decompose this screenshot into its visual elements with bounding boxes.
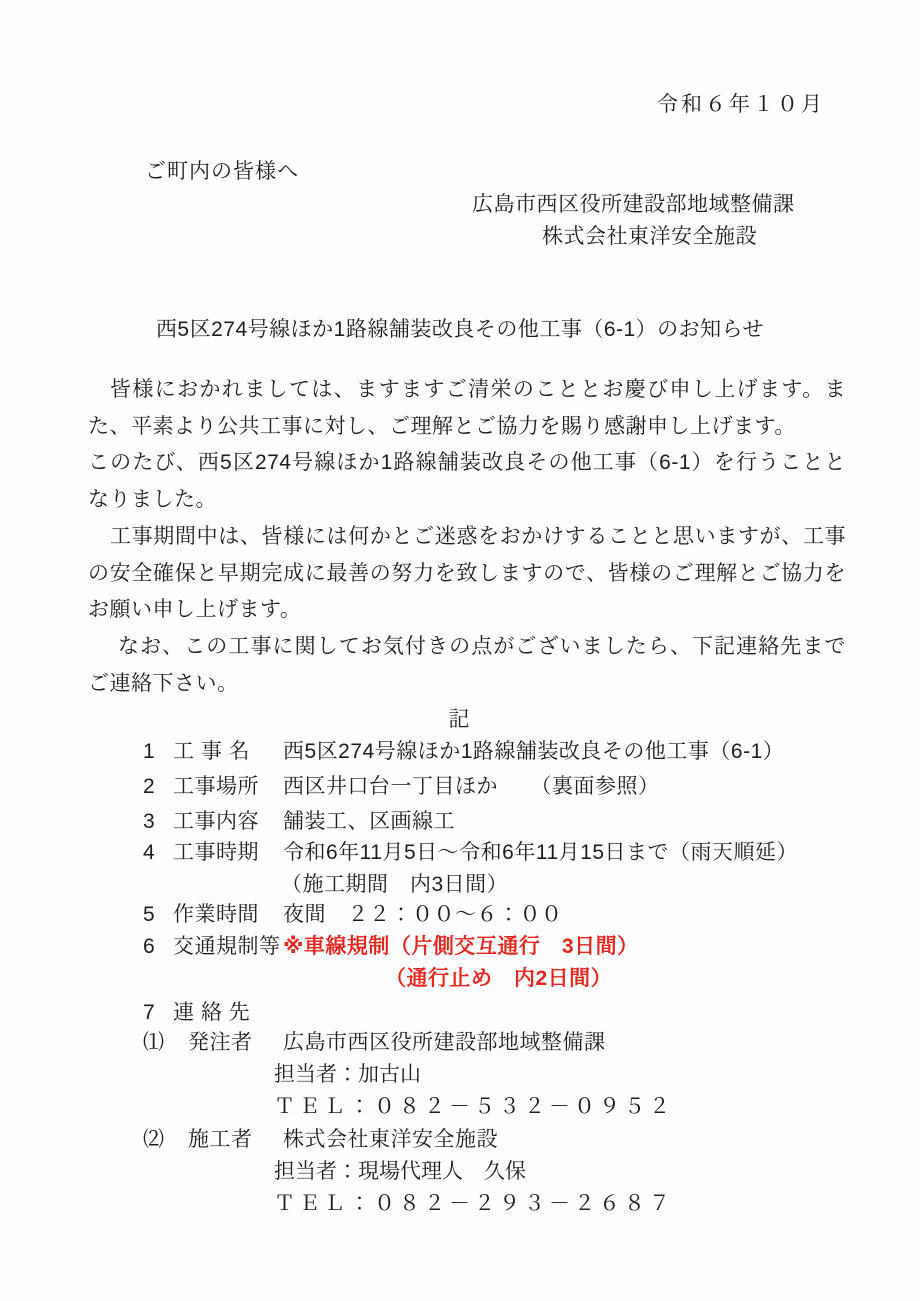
contact-contractor-row: ⑵施工者株式会社東洋安全施設 bbox=[143, 1123, 498, 1153]
sender-organization-1: 広島市西区役所建設部地域整備課 bbox=[472, 188, 795, 218]
contact-phone: ＴＥＬ：０８２－５３２－０９５２ bbox=[274, 1090, 674, 1120]
contact-number: ⑵ bbox=[143, 1123, 188, 1153]
item-value: 夜間 ２２：００～６：００ bbox=[283, 903, 563, 926]
item-number: 2 bbox=[143, 775, 173, 799]
document-title: 西5区274号線ほか1路線舗装改良その他工事（6-1）のお知らせ bbox=[0, 313, 920, 343]
paragraph-apology: 工事期間中は、皆様には何かとご迷惑をおかけすることと思いますが、工事の安全確保と… bbox=[88, 519, 846, 629]
item-label: 連 絡 先 bbox=[173, 996, 283, 1026]
item-number: 6 bbox=[143, 935, 173, 959]
traffic-restriction-warning: ※車線規制（片側交互通行 3日間） bbox=[283, 935, 639, 958]
contact-orderer-row: ⑴発注者広島市西区役所建設部地域整備課 bbox=[143, 1026, 606, 1056]
item-number: 3 bbox=[143, 810, 173, 834]
item-row-traffic-restriction: 6交通規制等※車線規制（片側交互通行 3日間） bbox=[143, 930, 639, 960]
document-date: 令和６年１０月 bbox=[657, 88, 825, 118]
item-row-work-hours: 5作業時間夜間 ２２：００～６：００ bbox=[143, 898, 563, 928]
contact-role: 発注者 bbox=[188, 1026, 283, 1056]
item-value: 西区井口台一丁目ほか （裏面参照） bbox=[283, 775, 660, 798]
contact-person: 担当者：現場代理人 久保 bbox=[274, 1155, 526, 1185]
paragraph-announcement: このたび、西5区274号線ほか1路線舗装改良その他工事（6-1）を行うこととなり… bbox=[88, 445, 846, 518]
item-row-work-location: 2工事場所西区井口台一丁目ほか （裏面参照） bbox=[143, 770, 660, 800]
item-label: 工事場所 bbox=[173, 770, 283, 800]
contact-phone: ＴＥＬ：０８２－２９３－２６８７ bbox=[274, 1187, 674, 1217]
traffic-restriction-warning-2: （通行止め 内2日間） bbox=[385, 962, 612, 992]
contact-person: 担当者：加古山 bbox=[274, 1058, 421, 1088]
paragraph-contact-note: なお、この工事に関してお気付きの点がございましたら、下記連絡先までご連絡下さい。 bbox=[88, 629, 846, 702]
record-marker: 記 bbox=[0, 703, 920, 733]
item-label: 交通規制等 bbox=[173, 930, 283, 960]
item-value: 西5区274号線ほか1路線舗装改良その他工事（6-1） bbox=[283, 740, 784, 763]
item-value: 舗装工、区画線工 bbox=[283, 810, 455, 833]
paragraph-greeting: 皆様におかれましては、ますますご清栄のこととお慶び申し上げます。また、平素より公… bbox=[88, 372, 846, 445]
contact-number: ⑴ bbox=[143, 1026, 188, 1056]
item-number: 4 bbox=[143, 841, 173, 865]
scanned-notice-page: 令和６年１０月 ご町内の皆様へ 広島市西区役所建設部地域整備課 株式会社東洋安全… bbox=[0, 0, 920, 1301]
item-row-work-content: 3工事内容舗装工、区画線工 bbox=[143, 805, 455, 835]
contact-organization: 株式会社東洋安全施設 bbox=[283, 1128, 498, 1151]
item-work-period-detail: （施工期間 内3日間） bbox=[281, 868, 508, 898]
item-row-work-name: 1工 事 名西5区274号線ほか1路線舗装改良その他工事（6-1） bbox=[143, 735, 784, 765]
body-text: 皆様におかれましては、ますますご清栄のこととお慶び申し上げます。また、平素より公… bbox=[88, 372, 846, 702]
item-number: 7 bbox=[143, 1001, 173, 1025]
item-number: 1 bbox=[143, 740, 173, 764]
item-number: 5 bbox=[143, 903, 173, 927]
item-row-work-period: 4工事時期令和6年11月5日～令和6年11月15日まで（雨天順延） bbox=[143, 836, 798, 866]
contact-organization: 広島市西区役所建設部地域整備課 bbox=[283, 1031, 606, 1054]
item-label: 工事内容 bbox=[173, 805, 283, 835]
sender-organization-2: 株式会社東洋安全施設 bbox=[542, 220, 757, 250]
item-row-contacts: 7連 絡 先 bbox=[143, 996, 283, 1026]
contact-role: 施工者 bbox=[188, 1123, 283, 1153]
item-value: 令和6年11月5日～令和6年11月15日まで（雨天順延） bbox=[283, 841, 798, 864]
salutation: ご町内の皆様へ bbox=[145, 155, 299, 185]
item-label: 工 事 名 bbox=[173, 735, 283, 765]
item-label: 作業時間 bbox=[173, 898, 283, 928]
item-label: 工事時期 bbox=[173, 836, 283, 866]
